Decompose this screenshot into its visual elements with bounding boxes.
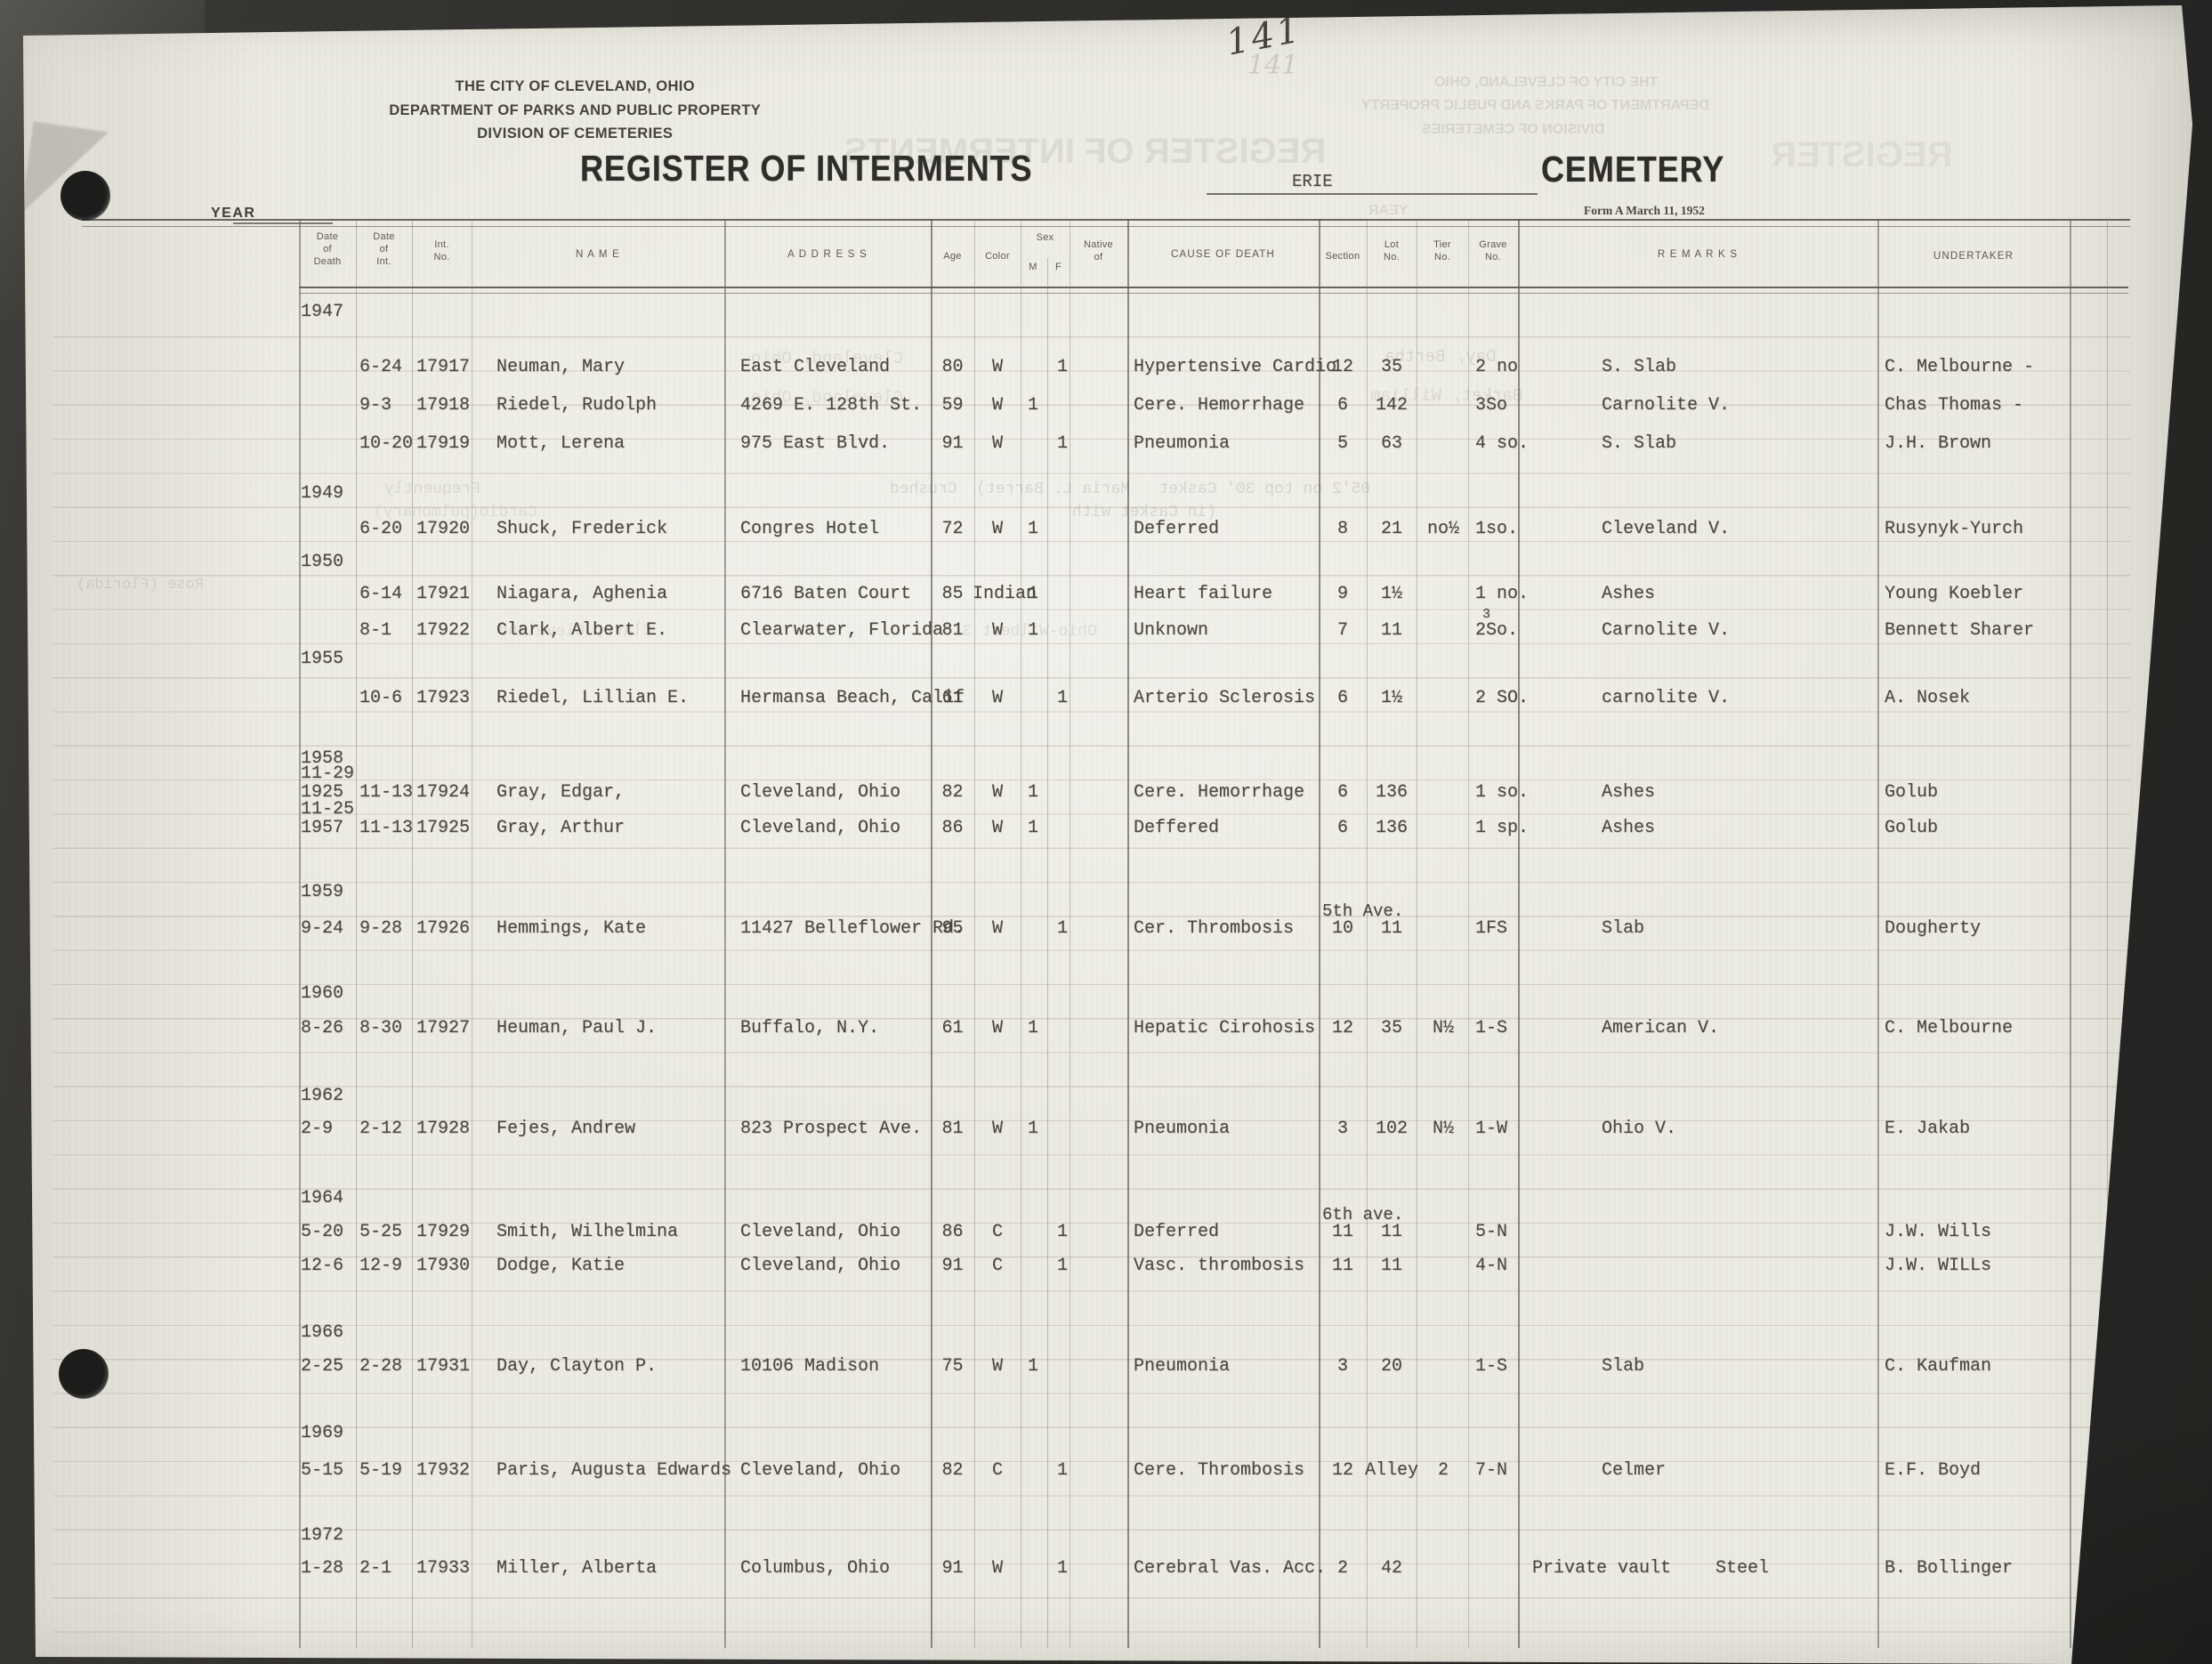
col-header-sex: Sex [1021, 231, 1070, 244]
letterhead: THE CITY OF CLEVELAND, OHIO DEPARTMENT O… [294, 75, 856, 146]
cell-name: Miller, Alberta [496, 1560, 657, 1578]
cell-undertaker: Rusynyk-Yurch [1885, 521, 2023, 538]
cell-f: 1 [1047, 690, 1078, 707]
cell-color: W [973, 622, 1022, 640]
cell-int: 2-12 [359, 1120, 402, 1138]
cell-lot: 42 [1365, 1560, 1418, 1578]
year-label: 1950 [301, 553, 343, 571]
cell-death: 2-9 [301, 1120, 333, 1138]
col-header-date-of-int: Date of Int. [356, 230, 412, 268]
cell-age: 59 [931, 397, 974, 415]
cell-death: 1957 [301, 820, 343, 837]
cell-color: W [973, 359, 1022, 376]
cell-cause: Pneumonia [1134, 435, 1230, 453]
cell-f: 1 [1047, 920, 1078, 938]
cell-name: Gray, Edgar, [496, 784, 625, 802]
cell-remarks: carnolite V. [1602, 690, 1730, 707]
cell-color: W [973, 1358, 1022, 1376]
cell-lot: 136 [1365, 784, 1418, 802]
cell-f: 1 [1047, 1224, 1078, 1241]
cell-age: 81 [931, 1120, 974, 1138]
cell-remarks: American V. [1602, 1020, 1719, 1038]
cell-grave: 1 so. [1475, 784, 1529, 802]
cell-address: 4269 E. 128th St. [740, 397, 922, 415]
cell-undertaker: A. Nosek [1885, 690, 1970, 707]
cell-section-note: 5th Ave. [1322, 901, 1403, 921]
punch-hole-bottom [59, 1349, 109, 1399]
cell-address: Cleveland, Ohio [740, 1462, 900, 1480]
table-grid-line [2107, 219, 2108, 1648]
cell-lot: 1½ [1365, 690, 1418, 707]
cell-address: Cleveland, Ohio [740, 1257, 900, 1275]
cell-tier: N½ [1417, 1020, 1470, 1038]
cell-int: 5-25 [359, 1224, 402, 1241]
cell-lot: 63 [1365, 435, 1418, 453]
cell-m: 1 [1021, 622, 1045, 640]
cell-remarks: Carnolite V. [1602, 397, 1730, 415]
table-grid-line [1468, 219, 1469, 1648]
cell-no: 17929 [416, 1224, 470, 1241]
col-header-age: Age [931, 250, 974, 263]
cell-no: 17917 [416, 359, 470, 376]
cell-cause: Deferred [1134, 521, 1219, 538]
cell-no: 17926 [416, 920, 470, 938]
cell-death-above: 11-29 [301, 765, 354, 783]
cell-death-above: 11-25 [301, 801, 354, 819]
cell-age: 75 [931, 1358, 974, 1376]
cell-int: 11-13 [359, 820, 413, 837]
cell-address: 10106 Madison [740, 1358, 879, 1376]
cell-section: 5 [1319, 435, 1367, 453]
cell-int: 9-3 [359, 397, 392, 415]
cell-int: 9-28 [359, 920, 402, 938]
cell-cause: Cere. Hemorrhage [1134, 397, 1304, 415]
cell-undertaker: Golub [1885, 820, 1938, 837]
table-grid-line [472, 219, 472, 1648]
cell-grave: 1 no. [1475, 586, 1529, 603]
cell-cause: Vasc. thrombosis [1134, 1257, 1304, 1275]
cell-undertaker: J.H. Brown [1885, 435, 1991, 453]
col-header-name: N A M E [472, 248, 724, 261]
cell-address: 975 East Blvd. [740, 435, 890, 453]
cell-color: W [973, 820, 1022, 837]
cell-name: Paris, Augusta Edwards [496, 1462, 731, 1480]
cell-m: 1 [1021, 586, 1045, 603]
cell-grave: 2 SO. [1475, 690, 1529, 707]
cell-m: 1 [1021, 820, 1045, 837]
cell-undertaker: Golub [1885, 784, 1938, 802]
year-label: 1966 [301, 1324, 343, 1342]
col-header-int-no: Int. No. [412, 238, 472, 263]
letterhead-line-2: DEPARTMENT OF PARKS AND PUBLIC PROPERTY [294, 99, 856, 123]
cell-section: 12 [1319, 359, 1367, 376]
cell-int: 2-1 [359, 1560, 392, 1578]
cell-section: 11 [1319, 1224, 1367, 1241]
table-grid-line [1127, 219, 1129, 1648]
cell-cause: Cerebral Vas. Acc. [1134, 1560, 1326, 1578]
cell-int: 10-20 [359, 435, 413, 453]
cell-undertaker: J.W. WILLs [1885, 1257, 1991, 1275]
cell-section: 12 [1319, 1462, 1367, 1480]
cell-death: 5-20 [301, 1224, 343, 1241]
cell-f: 1 [1047, 1257, 1078, 1275]
cell-age: 82 [931, 784, 974, 802]
cemetery-word: CEMETERY [1541, 149, 1724, 190]
cell-color: C [973, 1257, 1022, 1275]
cell-name: Riedel, Rudolph [496, 397, 657, 415]
cell-cause: Arterio Sclerosis [1134, 690, 1315, 707]
cell-address: Buffalo, N.Y. [740, 1020, 879, 1038]
year-label: 1962 [301, 1087, 343, 1105]
col-header-address: A D D R E S S [724, 248, 931, 261]
cell-name: Clark, Albert E. [496, 622, 667, 640]
cell-grave: 4-N [1475, 1257, 1507, 1275]
cell-color: Indian [973, 586, 1022, 603]
cell-lot: Alley [1365, 1462, 1418, 1480]
cell-no: 17924 [416, 784, 470, 802]
cell-undertaker: Bennett Sharer [1885, 622, 2034, 640]
punch-hole-top [61, 171, 110, 221]
scan-background: { "scan": { "page_number": "141" }, "hea… [0, 0, 2212, 1664]
cell-grave: 2So. [1475, 622, 1518, 640]
cell-name: Shuck, Frederick [496, 521, 667, 538]
cell-undertaker: Chas Thomas - [1885, 397, 2023, 415]
bleed-through-text: YEAR [1368, 203, 1408, 219]
cell-age: 95 [931, 920, 974, 938]
col-header-undertaker: UNDERTAKER [1877, 250, 2070, 263]
page-rule-top [82, 219, 2130, 221]
cell-lot: 35 [1365, 1020, 1418, 1038]
cell-age: 80 [931, 359, 974, 376]
cell-f: 1 [1047, 1462, 1078, 1480]
cell-cause: Deferred [1134, 1224, 1219, 1241]
cell-death: 2-25 [301, 1358, 343, 1376]
cell-no: 17928 [416, 1120, 470, 1138]
cell-death: 9-24 [301, 920, 343, 938]
cell-lot: 11 [1365, 622, 1418, 640]
cell-remarks2: Steel [1716, 1560, 1769, 1578]
cell-grave: 7-N [1475, 1462, 1507, 1480]
cell-m: 1 [1021, 784, 1045, 802]
cell-lot: 11 [1365, 1257, 1418, 1275]
table-grid-line [724, 219, 726, 1648]
table-grid-line [2070, 219, 2071, 1648]
cell-grave: 1FS [1475, 920, 1507, 938]
cell-no: 17922 [416, 622, 470, 640]
cell-color: W [973, 1120, 1022, 1138]
cell-name: Smith, Wilhelmina [496, 1224, 678, 1241]
cell-cause: Cere. Thrombosis [1134, 1462, 1304, 1480]
header-rule-bottom-2 [299, 293, 2128, 294]
cell-section: 8 [1319, 521, 1367, 538]
cell-lot: 11 [1365, 1224, 1418, 1241]
cell-section: 6 [1319, 690, 1367, 707]
cell-no: 17918 [416, 397, 470, 415]
cell-grave: 2 no [1475, 359, 1518, 376]
cell-name: Fejes, Andrew [496, 1120, 635, 1138]
cell-int: 2-28 [359, 1358, 402, 1376]
cell-undertaker: C. Kaufman [1885, 1358, 1991, 1376]
cell-cause: Pneumonia [1134, 1358, 1230, 1376]
col-header-cause-of-death: CAUSE OF DEATH [1127, 248, 1319, 261]
cell-remarks: Ohio V. [1602, 1120, 1676, 1138]
cell-remarks: Slab [1602, 920, 1644, 938]
cell-lot: 136 [1365, 820, 1418, 837]
year-label: 1949 [301, 485, 343, 503]
cell-lot: 35 [1365, 359, 1418, 376]
cell-address: Cleveland, Ohio [740, 820, 900, 837]
cell-section: 6 [1319, 820, 1367, 837]
cell-name: Riedel, Lillian E. [496, 690, 689, 707]
year-label: 1959 [301, 884, 343, 901]
cell-int: 12-9 [359, 1257, 402, 1275]
cell-death: 8-26 [301, 1020, 343, 1038]
cell-no: 17919 [416, 435, 470, 453]
cell-color: W [973, 397, 1022, 415]
year-label: 1947 [301, 303, 343, 321]
cell-remarks: S. Slab [1602, 435, 1676, 453]
cell-section-note: 6th ave. [1322, 1205, 1403, 1224]
cell-no: 17925 [416, 820, 470, 837]
cell-remarks: Private vault [1532, 1560, 1671, 1578]
cell-remarks: Ashes [1602, 586, 1655, 603]
cell-remarks: Celmer [1602, 1462, 1666, 1480]
cell-grave: 1-S [1475, 1020, 1507, 1038]
page-number-handwritten: 141 [1223, 9, 1305, 63]
cell-int: 10-6 [359, 690, 402, 707]
cell-grave: 1-W [1475, 1120, 1507, 1138]
cell-section: 2 [1319, 1560, 1367, 1578]
cell-remarks: Carnolite V. [1602, 622, 1730, 640]
cell-section: 11 [1319, 1257, 1367, 1275]
cell-section: 6 [1319, 784, 1367, 802]
cell-color: W [973, 1020, 1022, 1038]
cell-int: 6-14 [359, 586, 402, 603]
table-grid-line [1877, 219, 1879, 1648]
cell-age: 91 [931, 1560, 974, 1578]
bleed-through-text: DEPARTMENT OF PARKS AND PUBLIC PROPERTY [1361, 98, 1709, 114]
cell-section: 6 [1319, 397, 1367, 415]
cell-address: 6716 Baten Court [740, 586, 911, 603]
cell-address: Columbus, Ohio [740, 1560, 890, 1578]
col-header-native-of: Native of [1070, 238, 1127, 263]
cell-name: Neuman, Mary [496, 359, 625, 376]
cell-f: 1 [1047, 1560, 1078, 1578]
cell-address: 823 Prospect Ave. [740, 1120, 922, 1138]
cell-int: 8-1 [359, 622, 392, 640]
cell-grave: 4 so. [1475, 435, 1529, 453]
cell-m: 1 [1021, 1120, 1045, 1138]
year-label: 1964 [301, 1190, 343, 1208]
cell-color: W [973, 1560, 1022, 1578]
year-label: 1960 [301, 985, 343, 1003]
cell-no: 17931 [416, 1358, 470, 1376]
cell-age: 61 [931, 1020, 974, 1038]
cell-no: 17933 [416, 1560, 470, 1578]
cell-remarks: Cleveland V. [1602, 521, 1730, 538]
cell-age: 91 [931, 435, 974, 453]
cell-remarks: Slab [1602, 1358, 1644, 1376]
bleed-through-text: DIVISION OF CEMETERIES [1422, 122, 1604, 138]
cell-death: 5-15 [301, 1462, 343, 1480]
col-header-date-of-death: Date of Death [299, 230, 356, 268]
cemetery-name-underline [1207, 193, 1538, 195]
cell-address: Congres Hotel [740, 521, 879, 538]
cell-address: Cleveland, Ohio [740, 784, 900, 802]
cell-death: 12-6 [301, 1257, 343, 1275]
cell-grave: 1-S [1475, 1358, 1507, 1376]
cell-undertaker: E. Jakab [1885, 1120, 1970, 1138]
cell-name: Mott, Lerena [496, 435, 625, 453]
cell-color: W [973, 690, 1022, 707]
cell-section: 3 [1319, 1358, 1367, 1376]
year-label: 1955 [301, 650, 343, 668]
cell-m: 1 [1021, 1358, 1045, 1376]
cell-undertaker: E.F. Boyd [1885, 1462, 1981, 1480]
table-grid-line [1047, 258, 1048, 1648]
cell-m: 1 [1021, 1020, 1045, 1038]
cell-cause: Pneumonia [1134, 1120, 1230, 1138]
cell-no: 17923 [416, 690, 470, 707]
cell-remarks: Ashes [1602, 784, 1655, 802]
cell-name: Day, Clayton P. [496, 1358, 657, 1376]
cell-cause: Hypertensive Cardio [1134, 359, 1336, 376]
col-header-tier-no: Tier No. [1417, 238, 1468, 263]
cell-tier: no½ [1417, 521, 1470, 538]
cell-lot: 11 [1365, 920, 1418, 938]
year-label: 1972 [301, 1527, 343, 1545]
cell-grave: 5-N [1475, 1224, 1507, 1241]
cell-age: 86 [931, 820, 974, 837]
cell-int: 5-19 [359, 1462, 402, 1480]
col-header-sex-m: M [1021, 261, 1045, 273]
cell-f: 1 [1047, 435, 1078, 453]
cell-section: 9 [1319, 586, 1367, 603]
cell-lot: 102 [1365, 1120, 1418, 1138]
cell-grave: 3So [1475, 397, 1507, 415]
cell-section: 12 [1319, 1020, 1367, 1038]
cemetery-name-typed: ERIE [1292, 173, 1333, 190]
cell-undertaker: B. Bollinger [1885, 1560, 2013, 1578]
cell-remarks: S. Slab [1602, 359, 1676, 376]
cell-undertaker: J.W. Wills [1885, 1224, 1991, 1241]
cell-age: 61 [931, 690, 974, 707]
cell-no: 17921 [416, 586, 470, 603]
cell-section: 3 [1319, 1120, 1367, 1138]
col-header-grave-no: Grave No. [1468, 238, 1518, 263]
cell-address: Clearwater, Florida [740, 622, 943, 640]
cell-cause: Unknown [1134, 622, 1208, 640]
year-underline [233, 222, 333, 224]
table-grid-line [356, 219, 357, 1648]
cell-no: 17927 [416, 1020, 470, 1038]
cell-no: 17932 [416, 1462, 470, 1480]
bleed-through-text: REGISTER [1771, 135, 1952, 175]
cell-age: 82 [931, 1462, 974, 1480]
col-header-section: Section [1319, 250, 1367, 263]
cell-address: East Cleveland [740, 359, 890, 376]
col-header-sex-f: F [1047, 261, 1070, 273]
cell-lot: 142 [1365, 397, 1418, 415]
cell-lot: 20 [1365, 1358, 1418, 1376]
cell-section: 7 [1319, 622, 1367, 640]
cell-age: 81 [931, 622, 974, 640]
register-title: REGISTER OF INTERMENTS [580, 148, 1032, 190]
page-rule-top-2 [82, 226, 2130, 227]
cell-color: W [973, 435, 1022, 453]
cell-int: 11-13 [359, 784, 413, 802]
cell-name: Dodge, Katie [496, 1257, 625, 1275]
col-header-color: Color [974, 250, 1021, 263]
cell-color: C [973, 1462, 1022, 1480]
cell-m: 1 [1021, 397, 1045, 415]
cell-grave-note: 3 [1482, 607, 1490, 622]
cell-section: 10 [1319, 920, 1367, 938]
cell-lot: 1½ [1365, 586, 1418, 603]
cell-name: Niagara, Aghenia [496, 586, 667, 603]
paper: THE CITY OF CLEVELAND, OHIO DEPARTMENT O… [0, 0, 2212, 1664]
cell-cause: Cer. Thrombosis [1134, 920, 1294, 938]
cell-grave: 1so. [1475, 521, 1518, 538]
cell-no: 17930 [416, 1257, 470, 1275]
cell-undertaker: C. Melbourne [1885, 1020, 2013, 1038]
cell-age: 72 [931, 521, 974, 538]
cell-cause: Heart failure [1134, 586, 1272, 603]
cell-int: 6-24 [359, 359, 402, 376]
header-rule-bottom [299, 287, 2128, 288]
cell-address: Cleveland, Ohio [740, 1224, 900, 1241]
cell-lot: 21 [1365, 521, 1418, 538]
cell-name: Heuman, Paul J. [496, 1020, 657, 1038]
cell-remarks: Ashes [1602, 820, 1655, 837]
letterhead-line-1: THE CITY OF CLEVELAND, OHIO [294, 75, 856, 99]
cell-cause: Hepatic Cirohosis [1134, 1020, 1315, 1038]
year-label: 1969 [301, 1425, 343, 1442]
col-header-remarks: R E M A R K S [1518, 248, 1877, 261]
col-header-lot-no: Lot No. [1367, 238, 1417, 263]
cell-color: W [973, 784, 1022, 802]
cell-age: 91 [931, 1257, 974, 1275]
cell-undertaker: C. Melbourne - [1885, 359, 2034, 376]
cell-int: 8-30 [359, 1020, 402, 1038]
cell-f: 1 [1047, 359, 1078, 376]
cell-name: Gray, Arthur [496, 820, 625, 837]
cell-undertaker: Young Koebler [1885, 586, 2023, 603]
cell-age: 86 [931, 1224, 974, 1241]
cell-int: 6-20 [359, 521, 402, 538]
cell-cause: Cere. Hemorrhage [1134, 784, 1304, 802]
cell-no: 17920 [416, 521, 470, 538]
cell-undertaker: Dougherty [1885, 920, 1981, 938]
cell-name: Hemmings, Kate [496, 920, 646, 938]
bleed-through-text: THE CITY OF CLEVELAND, OHIO [1434, 75, 1658, 91]
cell-age: 85 [931, 586, 974, 603]
cell-color: W [973, 920, 1022, 938]
cell-color: W [973, 521, 1022, 538]
cell-cause: Deffered [1134, 820, 1219, 837]
cell-tier: 2 [1417, 1462, 1470, 1480]
cell-m: 1 [1021, 521, 1045, 538]
form-note: Form A March 11, 1952 [1584, 204, 1705, 218]
cell-color: C [973, 1224, 1022, 1241]
letterhead-line-3: DIVISION OF CEMETERIES [294, 122, 856, 146]
cell-death: 1-28 [301, 1560, 343, 1578]
cell-tier: N½ [1417, 1120, 1470, 1138]
cell-grave: 1 sp. [1475, 820, 1529, 837]
ledger-lines [53, 303, 2130, 1647]
